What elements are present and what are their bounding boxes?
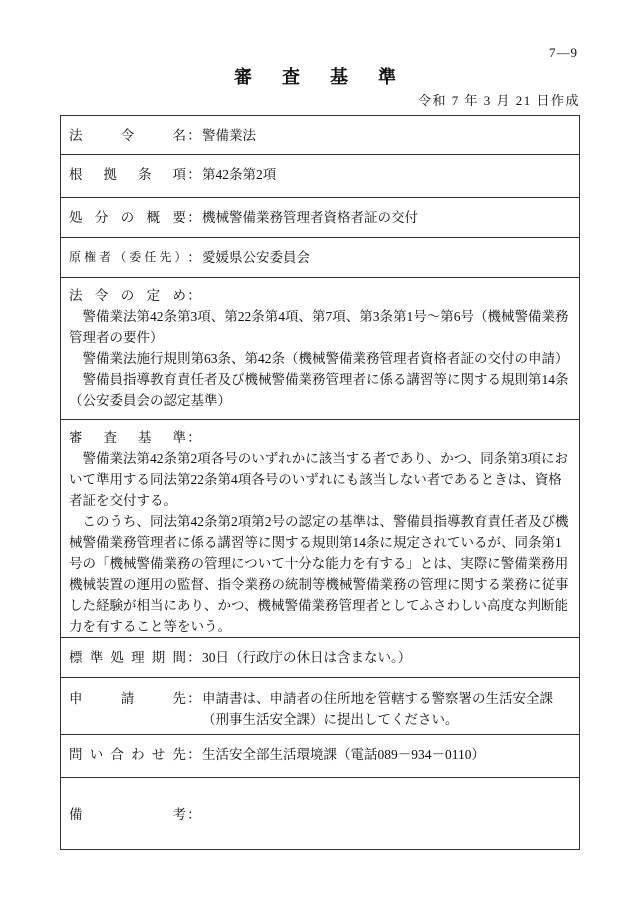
row-value: 愛媛県公安委員会 (202, 247, 573, 268)
criteria-paragraph: 警備業法第42条第2項各号のいずれかに該当する者であり、かつ、同条第3項において… (69, 448, 573, 511)
section-heading: 審査基準： (69, 427, 573, 448)
row-value: 生活安全部生活環境課（電話089－934－0110） (202, 744, 573, 765)
row-law-provisions: 法令の定め： 警備業法第42条第3項、第22条第4項、第7項、第3条第1号～第6… (61, 277, 579, 419)
row-value: 機械警備業務管理者資格者証の交付 (202, 207, 573, 228)
label-colon: ： (186, 247, 202, 268)
row-label: 申請先 (69, 688, 186, 709)
row-label: 審査基準 (69, 427, 186, 448)
row-label: 法令名 (69, 125, 186, 146)
label-colon: ： (186, 427, 202, 448)
section-heading: 法令の定め： (69, 285, 573, 306)
row-label: 法令の定め (69, 285, 186, 306)
document-page: 7—9 審査基準 令和 7 年 3 月 21 日作成 法令名： 警備業法 根拠条… (0, 0, 630, 903)
row-processing-period: 標準処理期間： 30日（行政庁の休日は含まない。） (61, 637, 579, 677)
label-colon: ： (186, 804, 202, 825)
row-original-authority: 原権者（委任先）： 愛媛県公安委員会 (61, 237, 579, 277)
row-application-destination: 申請先： 申請書は、申請者の住所地を管轄する警察署の生活安全課（刑事生活安全課）… (61, 677, 579, 734)
creation-date: 令和 7 年 3 月 21 日作成 (0, 93, 580, 108)
page-number: 7—9 (0, 46, 578, 60)
row-label: 処分の概要 (69, 207, 186, 228)
row-basis-article: 根拠条項： 第42条第2項 (61, 154, 579, 197)
row-remarks: 備考： (61, 777, 579, 849)
row-law-name: 法令名： 警備業法 (61, 116, 579, 154)
row-label: 標準処理期間 (69, 647, 186, 668)
label-colon: ： (186, 688, 202, 709)
row-label: 原権者（委任先） (69, 247, 186, 268)
row-inquiries: 問い合わせ先： 生活安全部生活環境課（電話089－934－0110） (61, 734, 579, 777)
label-colon: ： (186, 207, 202, 228)
provision-paragraph: 警備員指導教育責任者及び機械警備業務管理者に係る講習等に関する規則第14条（公安… (69, 369, 573, 411)
row-disposition-summary: 処分の概要： 機械警備業務管理者資格者証の交付 (61, 197, 579, 237)
label-colon: ： (186, 647, 202, 668)
row-value: 警備業法 (202, 125, 573, 146)
label-colon: ： (186, 285, 202, 306)
label-colon: ： (186, 744, 202, 765)
row-value: 30日（行政庁の休日は含まない。） (202, 647, 573, 668)
row-label: 問い合わせ先 (69, 744, 186, 765)
row-value: 申請書は、申請者の住所地を管轄する警察署の生活安全課（刑事生活安全課）に提出して… (202, 688, 573, 730)
row-label: 備考 (69, 804, 186, 825)
criteria-table: 法令名： 警備業法 根拠条項： 第42条第2項 処分の概要： 機械警備業務管理者… (60, 115, 580, 850)
label-colon: ： (186, 164, 202, 185)
row-review-criteria: 審査基準： 警備業法第42条第2項各号のいずれかに該当する者であり、かつ、同条第… (61, 419, 579, 637)
provision-paragraph: 警備業法施行規則第63条、第42条（機械警備業務管理者資格者証の交付の申請） (69, 348, 573, 369)
row-value: 第42条第2項 (202, 164, 573, 185)
document-title: 審査基準 (0, 67, 630, 87)
criteria-paragraph: このうち、同法第42条第2項第2号の認定の基準は、警備員指導教育責任者及び機械警… (69, 511, 573, 637)
row-label: 根拠条項 (69, 164, 186, 185)
label-colon: ： (186, 125, 202, 146)
provision-paragraph: 警備業法第42条第3項、第22条第4項、第7項、第3条第1号～第6号（機械警備業… (69, 306, 573, 348)
